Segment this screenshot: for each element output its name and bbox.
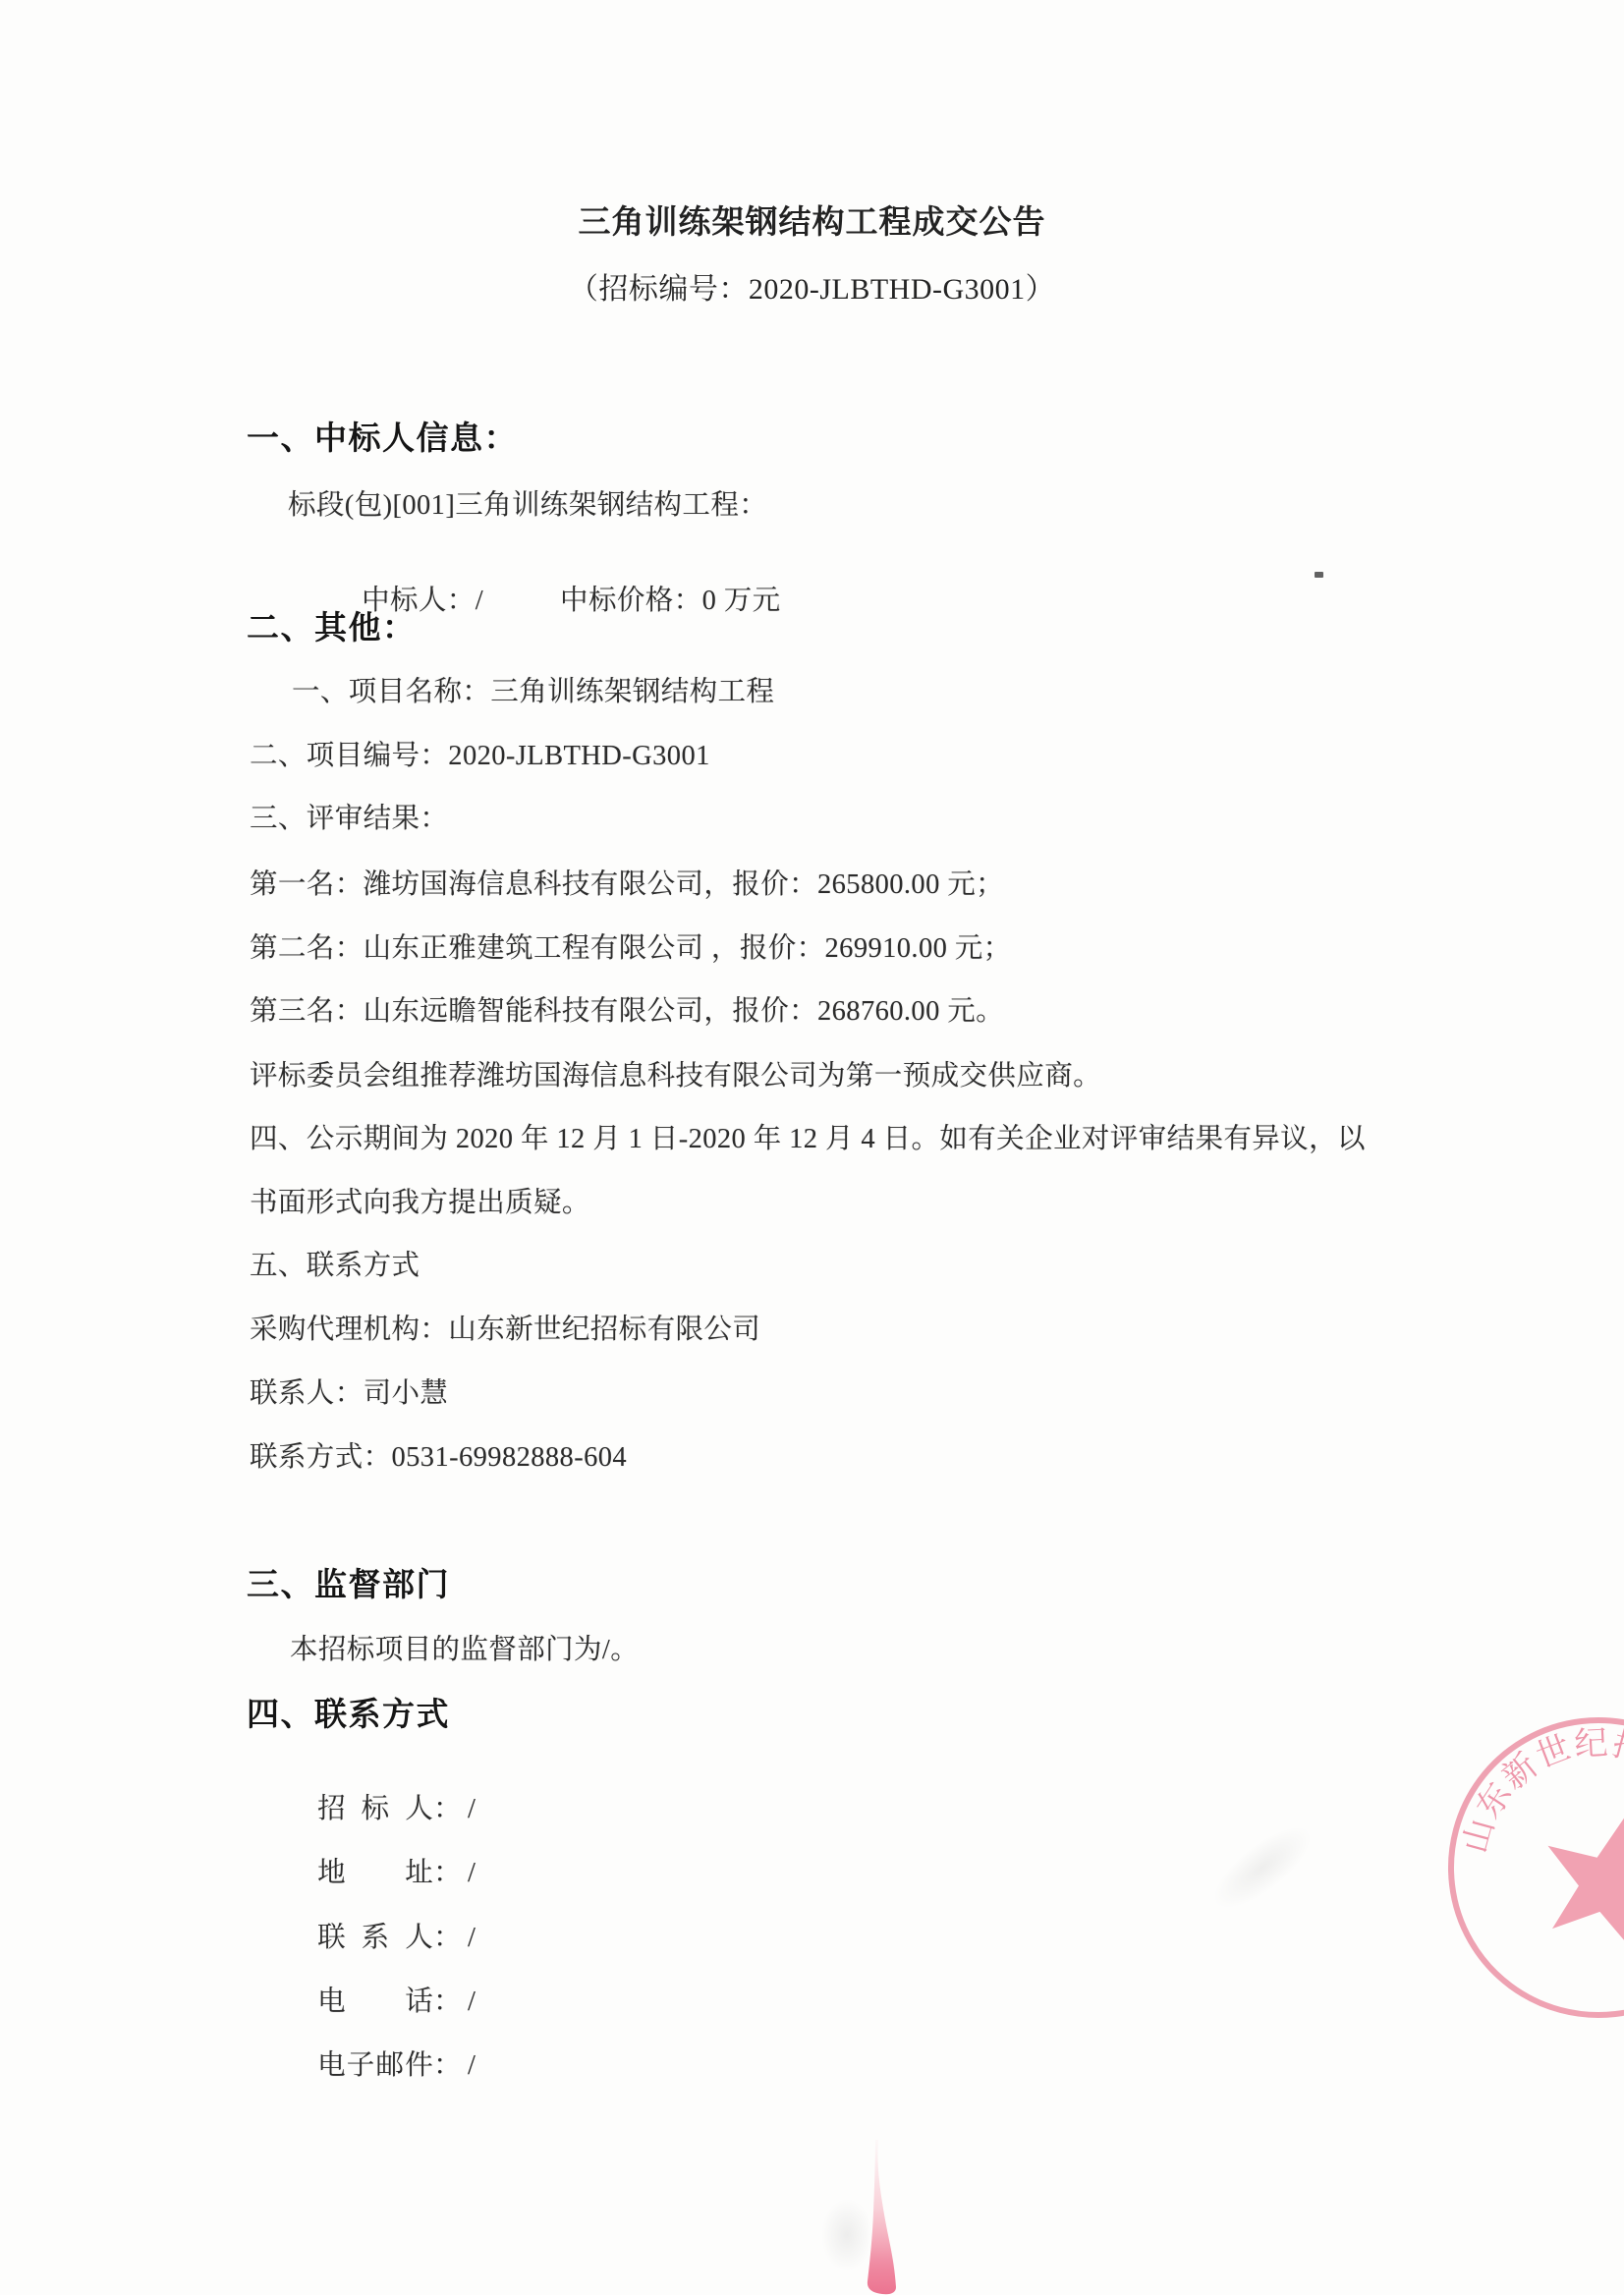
contact-row-email: 电子邮件：/ bbox=[288, 2011, 476, 2114]
other-line-contact-person: 联系人：司小慧 bbox=[250, 1371, 448, 1411]
other-line-rank-2: 第二名：山东正雅建筑工程有限公司 ，报价：269910.00 元； bbox=[250, 925, 1012, 966]
other-line-rank-1: 第一名：潍坊国海信息科技有限公司，报价：265800.00 元； bbox=[250, 862, 1004, 902]
supervision-body: 本招标项目的监督部门为/。 bbox=[290, 1627, 639, 1667]
section1-heading: 一、中标人信息： bbox=[247, 413, 518, 459]
winner-value: / bbox=[476, 586, 483, 616]
official-seal-stamp: 山东新世纪招标有限公司 bbox=[1431, 1698, 1624, 2038]
section4-heading: 四、联系方式 bbox=[247, 1689, 450, 1735]
other-line-agency: 采购代理机构：山东新世纪招标有限公司 bbox=[250, 1307, 760, 1347]
document-subtitle: （招标编号：2020-JLBTHD-G3001） bbox=[0, 264, 1624, 308]
seal-star-icon bbox=[1528, 1799, 1624, 1957]
other-line-contact-phone: 联系方式：0531-69982888-604 bbox=[250, 1434, 627, 1475]
other-line-publicity-2: 书面形式向我方提出质疑。 bbox=[250, 1180, 590, 1220]
other-line-project-number: 二、项目编号：2020-JLBTHD-G3001 bbox=[250, 733, 710, 773]
other-line-project-name: 一、项目名称：三角训练架钢结构工程 bbox=[292, 669, 774, 709]
other-line-review-result: 三、评审结果： bbox=[250, 796, 448, 836]
contact-value-email: / bbox=[468, 2050, 476, 2081]
lot-line: 标段(包)[001]三角训练架钢结构工程： bbox=[288, 482, 767, 523]
price-label: 中标价格： bbox=[560, 586, 702, 616]
contact-label-email: 电子邮件 bbox=[317, 2043, 433, 2083]
section3-heading: 三、监督部门 bbox=[247, 1559, 450, 1605]
other-line-recommendation: 评标委员会组推荐潍坊国海信息科技有限公司为第一预成交供应商。 bbox=[250, 1053, 1101, 1093]
other-line-publicity-1: 四、公示期间为 2020 年 12 月 1 日-2020 年 12 月 4 日。… bbox=[250, 1116, 1366, 1156]
contact-colon: ： bbox=[433, 2050, 462, 2081]
document-title: 三角训练架钢结构工程成交公告 bbox=[0, 196, 1624, 243]
price-value: 0 万元 bbox=[702, 586, 781, 616]
red-ink-smudge bbox=[843, 2140, 922, 2295]
scan-speck bbox=[1315, 572, 1323, 578]
other-line-contact-head: 五、联系方式 bbox=[250, 1243, 420, 1283]
scan-smudge bbox=[1203, 1814, 1323, 1922]
section2-heading: 二、其他： bbox=[247, 602, 417, 648]
other-line-rank-3: 第三名：山东远瞻智能科技有限公司，报价：268760.00 元。 bbox=[250, 988, 1004, 1029]
scanned-document-page: 三角训练架钢结构工程成交公告 （招标编号：2020-JLBTHD-G3001） … bbox=[0, 0, 1624, 2295]
